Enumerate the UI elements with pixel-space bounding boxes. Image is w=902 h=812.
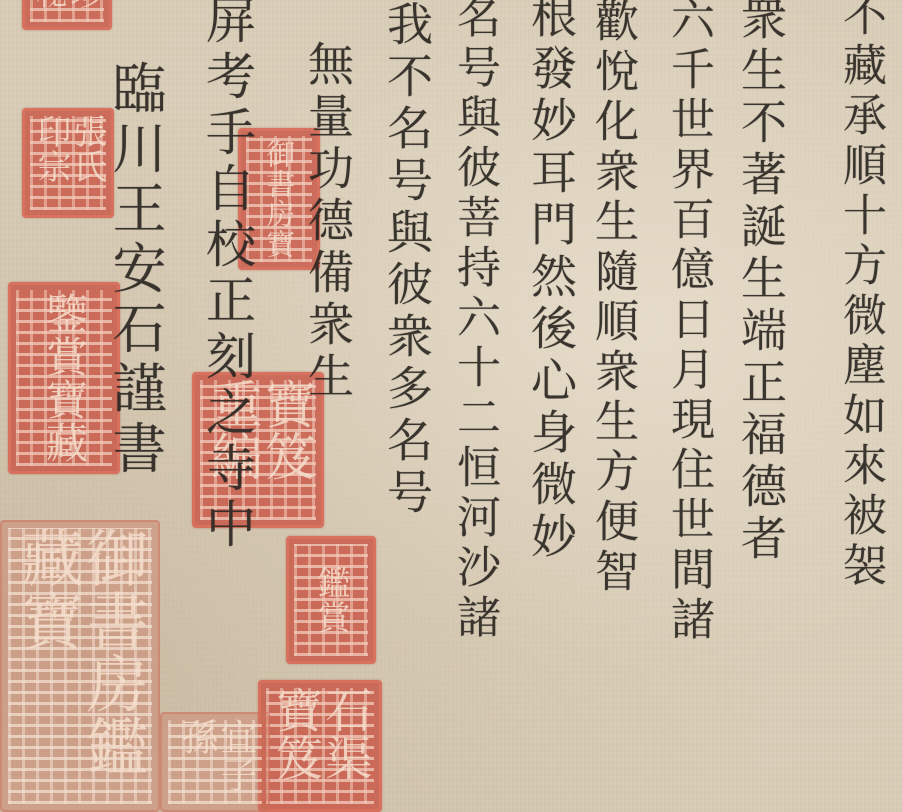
seal-inscription: 鑒賞寶藏 [14, 288, 114, 468]
seal-bottom-left: 御書房鑑藏寶 [0, 520, 160, 812]
seal-top-left: 珍秘 [22, 0, 112, 30]
seal-center-small: 鑑賞 [286, 536, 376, 664]
seal-inscription: 宜子孫 [166, 718, 264, 806]
calligraphy-column: 不藏承順十方微塵如來被袈 [838, 0, 882, 592]
calligraphy-column: 名号與彼菩持六十二恒河沙諸 [452, 0, 496, 644]
seal-inscription: 御書房鑑藏寶 [6, 526, 154, 806]
seal-left-1: 張氏印宗 [22, 108, 114, 218]
calligraphy-column: 臨川王安石謹書 [108, 60, 162, 480]
calligraphy-column: 六千世界百億日月現住世間諸 [666, 0, 710, 646]
calligraphy-column: 屏考手自校正刻之寺中 [202, 0, 252, 554]
seal-inscription: 張氏印宗 [28, 114, 108, 212]
calligraphy-column: 衆生不著誕生端正福德者 [738, 0, 784, 566]
seal-inscription: 鑑賞 [292, 542, 370, 658]
seal-bottom-faint: 宜子孫 [160, 712, 270, 812]
calligraphy-column: 我不名号與彼衆多名号 [384, 0, 430, 520]
seal-bottom-center: 石渠寶笈 [258, 680, 382, 812]
calligraphy-column: 無量功德備衆生 [305, 40, 351, 404]
calligraphy-column: 歡悅化衆生隨順衆生方便智 [590, 0, 634, 598]
calligraphy-column: 根發妙耳門然後心身微妙 [528, 0, 574, 564]
seal-inscription: 石渠寶笈 [264, 686, 376, 806]
seal-inscription: 珍秘 [28, 0, 106, 24]
